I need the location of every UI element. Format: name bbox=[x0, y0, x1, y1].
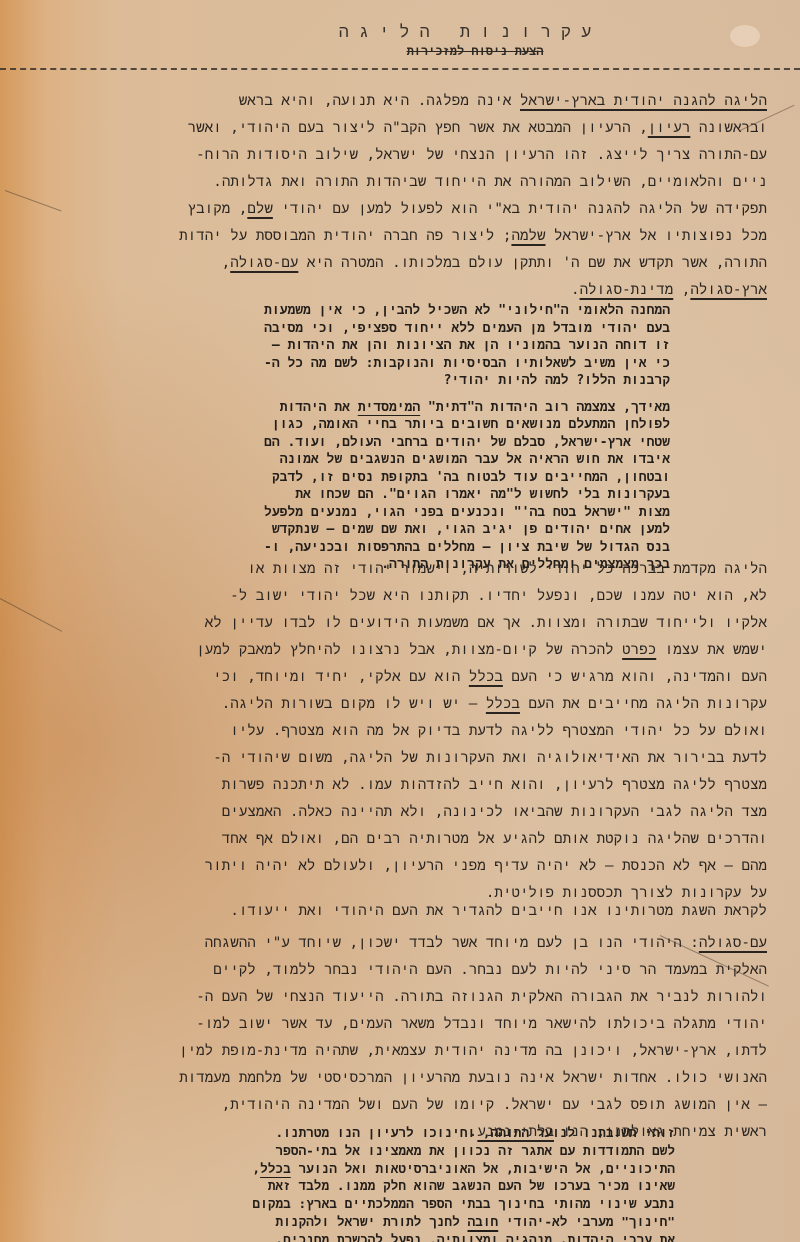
text-run: עקרונות הליגה מחייבים את העם bbox=[520, 696, 767, 712]
text-line: איבדו את חוש הראיה אל עבר המושגים הנשגבי… bbox=[140, 451, 670, 469]
text-line: הליגה להגנה יהודית בארץ-ישראל אינה מפלגה… bbox=[25, 88, 767, 115]
text-line: יהודי מתגלה ביכולתו להישאר מיוחד ונבדל מ… bbox=[25, 1011, 767, 1038]
section-definition-intro: לקראת השגת מטרותינו אנו חייבים להגדיר את… bbox=[25, 898, 767, 925]
text-run: — יש ויש לו מקום בשורות הליגה. bbox=[222, 696, 486, 712]
text-run: את ערכי היהדות, מנהגיה ומצוותיה. נפעל לה… bbox=[275, 1233, 675, 1242]
text-run: , bbox=[252, 1162, 260, 1177]
text-line: התורה, אשר תקדש את שם ה' ותתקן עולם במלכ… bbox=[25, 250, 767, 277]
text-run: ישמש את עצמו bbox=[656, 642, 767, 658]
text-run: לא, הוא יטה עמנו שכם, ונפעל יחדיו. תקותנ… bbox=[230, 588, 767, 604]
text-line: תפקידה של הליגה להגנה יהודית בא"י הוא לפ… bbox=[25, 196, 767, 223]
underlined-phrase: מדינת-סגולה bbox=[580, 282, 674, 298]
text-line: האנושי כולו. אחדות ישראל אינה נובעת מהרע… bbox=[25, 1065, 767, 1092]
text-run: אינה מפלגה. היא תנועה, והיא בראש bbox=[239, 93, 520, 109]
text-line: לדעת בבירור את האידיאולוגיה ואת העקרונות… bbox=[25, 745, 767, 772]
text-line: עקרונות הליגה מחייבים את העם בכלל — יש ו… bbox=[25, 691, 767, 718]
dashed-divider bbox=[0, 68, 800, 70]
text-run: התורה, אשר תקדש את שם ה' ותתקן עולם במלכ… bbox=[298, 255, 767, 271]
text-run: העם והמדינה, והוא מרגיש כי העם bbox=[503, 669, 767, 685]
text-run: — אין המושג תופס לגבי עם ישראל. קיומו של… bbox=[222, 1097, 767, 1113]
text-run: . bbox=[571, 282, 580, 298]
text-line: עם-התורה צריך לייצג. זהו הרעיון הנצחי של… bbox=[25, 142, 767, 169]
text-line: בעקרונות בלי לחשוש ל"מה יאמרו הגוים". הם… bbox=[140, 486, 670, 504]
text-run: עם-התורה צריך לייצג. זהו הרעיון הנצחי של… bbox=[196, 147, 767, 163]
document-title: עקרונות הליגה bbox=[300, 22, 640, 43]
text-run: ניים והלאומיים, השילוב המהורה את הייחוד … bbox=[213, 174, 767, 190]
text-line: מכל נפוצותיו אל ארץ-ישראל שלמה; ליצור פה… bbox=[25, 223, 767, 250]
text-run: האנושי כולו. אחדות ישראל אינה נובעת מהרע… bbox=[179, 1070, 767, 1086]
text-line: מצטרף לליגה מצטרף לרעיון, והוא חייב להזד… bbox=[25, 772, 767, 799]
text-run: ואולם על כל יהודי המצטרף לליגה לדעת בדיו… bbox=[230, 723, 767, 739]
text-run: והדרכים שהליגה נוקטת אותם להגיע אל מטרות… bbox=[222, 831, 767, 847]
text-line: אלקיו ולייחוד שבתורה ומצוות. אך אם משמעו… bbox=[25, 610, 767, 637]
text-run: מצטרף לליגה מצטרף לרעיון, והוא חייב להזד… bbox=[222, 777, 767, 793]
text-line: מהם — אף לא הכנסת — לא יהיה עדיף מפני הר… bbox=[25, 853, 767, 880]
text-line: מצות "ישראל בטח בה'" ונכנעים בפני הגוי, … bbox=[140, 504, 670, 522]
underlined-phrase: הליגה להגנה יהודית בארץ-ישראל bbox=[520, 93, 767, 109]
text-run: לשם התמודדות עם אתגר זה נכוון את מאמצינו… bbox=[275, 1144, 675, 1159]
text-line: עם-סגולה: היהודי הנו בן לעם מיוחד אשר לב… bbox=[25, 930, 767, 957]
quote-education: זוהי תשובתנו לנוער התוהה, וחינוכו לרעיון… bbox=[140, 1125, 675, 1242]
text-run: לדעת בבירור את האידיאולוגיה ואת העקרונות… bbox=[213, 750, 767, 766]
text-line: נתבע שינוי מהותי בחינוך בבתי הספר הממלכת… bbox=[140, 1196, 675, 1214]
text-line: זו דוחה הנוער בהמוניו הן את הציונות והן … bbox=[140, 337, 670, 355]
quote-paragraph: המחנה הלאומי ה"חילוני" לא השכיל להבין, כ… bbox=[140, 302, 670, 390]
text-line: — אין המושג תופס לגבי עם ישראל. קיומו של… bbox=[25, 1092, 767, 1119]
text-run: מצד הליגה לגבי העקרונות שהביאו לכינונה, … bbox=[222, 804, 767, 820]
text-line: שאינו מכיר בערכו של העם הנשגב שהוא חלק מ… bbox=[140, 1178, 675, 1196]
underlined-phrase: בכלל bbox=[260, 1162, 291, 1177]
text-run: הוא עם אלקי, יחיד ומיוחד, וכי bbox=[213, 669, 469, 685]
underlined-phrase: שלמה bbox=[511, 228, 545, 244]
underlined-phrase: שלם bbox=[247, 201, 273, 217]
text-run: "חינוך" מערבי לא-יהודי bbox=[498, 1215, 675, 1230]
underlined-phrase: כפרט bbox=[622, 642, 656, 658]
underlined-phrase: עם-סגולה bbox=[699, 935, 767, 951]
text-line: לא, הוא יטה עמנו שכם, ונפעל יחדיו. תקותנ… bbox=[25, 583, 767, 610]
text-line: את ערכי היהדות, מנהגיה ומצוותיה. נפעל לה… bbox=[140, 1232, 675, 1242]
quote-paragraph: מאידך, צמצמה רוב היהדות ה"דתית" המימסדית… bbox=[140, 399, 670, 574]
underlined-phrase: ארץ-סגולה bbox=[690, 282, 767, 298]
text-line: למען אחים יהודים פן יגיב הגוי, ואת שם שמ… bbox=[140, 521, 670, 539]
text-line: ובראשונה רעיון, הרעיון המבטא את אשר חפץ … bbox=[25, 115, 767, 142]
text-line: קרבנות הללו? למה להיות יהודי? bbox=[140, 372, 670, 390]
text-line: שטחי ארץ-ישראל, סבלם של יהודים ברחבי העו… bbox=[140, 434, 670, 452]
text-line: לפולחן המתעלם מנושאים חשובים ביותר בחיי … bbox=[140, 416, 670, 434]
text-line: "חינוך" מערבי לא-יהודי חובה לחנך לתורת י… bbox=[140, 1214, 675, 1232]
section-intro: הליגה להגנה יהודית בארץ-ישראל אינה מפלגה… bbox=[25, 88, 767, 304]
text-line: ישמש את עצמו כפרט להכרה של קיום-מצוות, א… bbox=[25, 637, 767, 664]
text-line: זוהי תשובתנו לנוער התוהה, וחינוכו לרעיון… bbox=[140, 1125, 675, 1143]
underlined-phrase: בכלל bbox=[469, 669, 503, 685]
text-run: להכרה של קיום-מצוות, אבל נרצונו להיחלץ ל… bbox=[196, 642, 622, 658]
underlined-phrase: בכלל bbox=[486, 696, 520, 712]
text-line: ארץ-סגולה, מדינת-סגולה. bbox=[25, 277, 767, 304]
paper-stain bbox=[730, 25, 760, 47]
quote-secular-religious: המחנה הלאומי ה"חילוני" לא השכיל להבין, כ… bbox=[140, 302, 670, 574]
text-run: , bbox=[673, 282, 690, 298]
document-page: עקרונות הליגה הצעת ניסוח למזכירות הליגה … bbox=[0, 0, 800, 1242]
text-line: מאידך, צמצמה רוב היהדות ה"דתית" המימסדית… bbox=[140, 399, 670, 417]
section-am-segula: עם-סגולה: היהודי הנו בן לעם מיוחד אשר לב… bbox=[25, 930, 767, 1146]
text-line: המחנה הלאומי ה"חילוני" לא השכיל להבין, כ… bbox=[140, 302, 670, 320]
text-run: אלקיו ולייחוד שבתורה ומצוות. אך אם משמעו… bbox=[205, 615, 767, 631]
text-line: ולהורות לנביר את הגבורה האלקית הגנוזה בת… bbox=[25, 984, 767, 1011]
text-line: ניים והלאומיים, השילוב המהורה את הייחוד … bbox=[25, 169, 767, 196]
text-run: תפקידה של הליגה להגנה יהודית בא"י הוא לפ… bbox=[273, 201, 767, 217]
section-membership: הליגה מקדמת בברכה כל יהודי לשורותיה, ויש… bbox=[25, 556, 767, 907]
text-line: בעם יהודי מובדל מן העמים ללא ייחוד ספציפ… bbox=[140, 320, 670, 338]
text-run: הליגה מקדמת בברכה כל יהודי לשורותיה, ויש… bbox=[247, 561, 767, 577]
text-run: , מקובץ bbox=[188, 201, 248, 217]
underlined-phrase: המימסדית bbox=[358, 400, 420, 415]
text-line: לשם התמודדות עם אתגר זה נכוון את מאמצינו… bbox=[140, 1143, 675, 1161]
text-run: התיכוניים, אל הישיבות, אל האוניברסיטאות … bbox=[291, 1162, 675, 1177]
underlined-phrase: רעיון bbox=[648, 120, 691, 136]
text-line: לדתו, ארץ-ישראל, ויכונן בה מדינה יהודית … bbox=[25, 1038, 767, 1065]
text-run: יהודי מתגלה ביכולתו להישאר מיוחד ונבדל מ… bbox=[196, 1016, 767, 1032]
text-run: האלקית במעמד הר סיני להיות לעם נבחר. העם… bbox=[213, 962, 767, 978]
text-line: מצד הליגה לגבי העקרונות שהביאו לכינונה, … bbox=[25, 799, 767, 826]
text-line: הליגה מקדמת בברכה כל יהודי לשורותיה, ויש… bbox=[25, 556, 767, 583]
text-run: : היהודי הנו בן לעם מיוחד אשר לבדד ישכון… bbox=[205, 935, 699, 951]
text-run: לדתו, ארץ-ישראל, ויכונן בה מדינה יהודית … bbox=[179, 1043, 767, 1059]
underlined-phrase: עם-סגולה bbox=[230, 255, 298, 271]
document-subtitle: הצעת ניסוח למזכירות bbox=[330, 44, 620, 59]
text-run: , bbox=[222, 255, 231, 271]
text-run: שאינו מכיר בערכו של העם הנשגב שהוא חלק מ… bbox=[268, 1179, 675, 1194]
text-line: בנס הגדול של שיבת ציון — מחללים בהתרפסות… bbox=[140, 539, 670, 557]
text-line: ובטחון, המחייבים עוד לבטוח בה' בתקופת נס… bbox=[140, 469, 670, 487]
text-run: מכל נפוצותיו אל ארץ-ישראל bbox=[546, 228, 768, 244]
text-line: והדרכים שהליגה נוקטת אותם להגיע אל מטרות… bbox=[25, 826, 767, 853]
text-line: האלקית במעמד הר סיני להיות לעם נבחר. העם… bbox=[25, 957, 767, 984]
text-run: זוהי תשובתנו לנוער התוהה, וחינוכו לרעיון… bbox=[275, 1126, 675, 1141]
text-run: לחנך לתורת ישראל ולהקנות bbox=[275, 1215, 467, 1230]
text-line: העם והמדינה, והוא מרגיש כי העם בכלל הוא … bbox=[25, 664, 767, 691]
text-line: ואולם על כל יהודי המצטרף לליגה לדעת בדיו… bbox=[25, 718, 767, 745]
definition-intro-line: לקראת השגת מטרותינו אנו חייבים להגדיר את… bbox=[25, 898, 767, 925]
text-run: מהם — אף לא הכנסת — לא יהיה עדיף מפני הר… bbox=[205, 858, 767, 874]
text-run: , הרעיון המבטא את אשר חפץ הקב"ה ליצור בע… bbox=[188, 120, 648, 136]
text-line: התיכוניים, אל הישיבות, אל האוניברסיטאות … bbox=[140, 1161, 675, 1179]
text-run: ; ליצור פה חברה יהודית המבוססת על יהדות bbox=[179, 228, 511, 244]
text-run: ולהורות לנביר את הגבורה האלקית הגנוזה בת… bbox=[196, 989, 767, 1005]
text-run: נתבע שינוי מהותי בחינוך בבתי הספר הממלכת… bbox=[252, 1197, 675, 1212]
underlined-phrase: חובה bbox=[468, 1215, 499, 1230]
text-line: כי אין משיב לשאלותיו הבסיסיות והנוקבות: … bbox=[140, 355, 670, 373]
